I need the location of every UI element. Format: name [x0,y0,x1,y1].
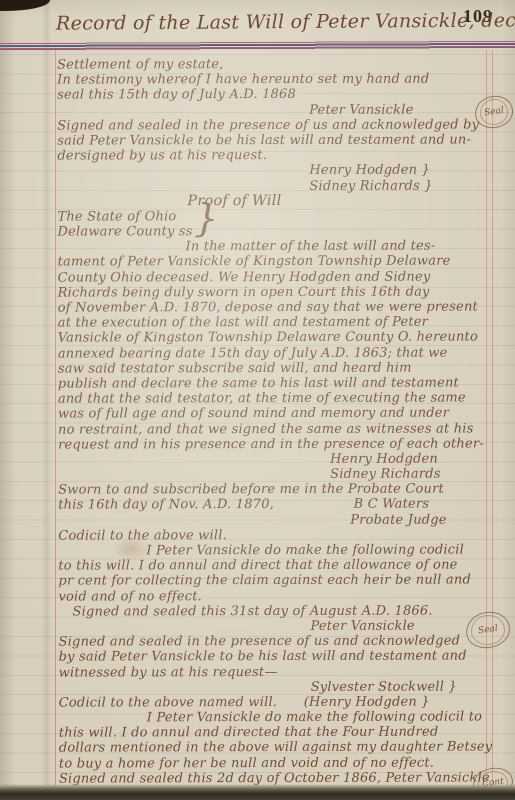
ledger-page: 109 Record of the Last Will of Peter Van… [0,0,515,800]
paper-crease [42,0,51,786]
text-line-part: Henry Hodgden } [309,163,430,178]
text-line-part: void and of no effect. [58,589,202,604]
text-line: was of full age and of sound mind and me… [58,406,495,422]
text-line-part: Henry Hodgden [330,451,438,466]
text-line: Richards being duly sworn in open Court … [58,284,495,300]
text-line-part: Sidney Richards } [309,178,432,193]
text-line-part: was of full age and of sound mind and me… [58,406,449,422]
text-line: request and in his presence and in the p… [58,436,495,452]
text-line-part: dollars mentioned in the above will agai… [59,740,492,756]
text-line-part: of November A.D. 1870, depose and say th… [58,299,478,315]
text-line-part: this will. I do annul and directed that … [59,725,439,741]
text-line: In the matter of the last will and tes- [58,239,495,255]
text-line-part: County Ohio deceased. We Henry Hodgden a… [58,269,431,285]
header-title: Record of the Last Will of Peter Vansick… [56,9,515,34]
text-line-part: this 16th day of Nov. A.D. 1870, [58,497,274,513]
text-line: saw said testator subscribe said will, a… [58,360,495,376]
text-line: Proof of Will [57,193,494,209]
text-line: this 16th day of Nov. A.D. 1870,B C Wate… [58,497,495,513]
text-line-part: Richards being duly sworn in open Court … [58,284,430,300]
text-line-part: annexed bearing date 15th day of July A.… [58,345,448,361]
text-line-part: no restraint, and that we signed the sam… [58,421,474,437]
text-line-part: Peter Vansickle [309,102,413,117]
text-line: of November A.D. 1870, depose and say th… [58,299,495,315]
text-line-part: I Peter Vansickle do make the following … [147,710,482,726]
text-line-part: In the matter of the last will and tes- [186,239,436,255]
document-lines: Settlement of my estate,In testimony whe… [57,56,496,786]
left-margin-line [55,50,56,786]
text-line-part: and that the said testator, at the time … [58,391,466,407]
text-line: dollars mentioned in the above will agai… [59,740,496,756]
seal-label: Seal [478,624,499,637]
text-line: at the execution of the last will and te… [58,315,495,331]
text-line-part: dersigned by us at his request. [57,148,267,164]
text-line-part: Sidney Richards [330,467,441,482]
text-line: Codicil to the above will. [58,527,495,543]
text-line-part: Delaware County ss [57,224,192,239]
text-line: In testimony whereof I have hereunto set… [57,72,494,88]
text-line: annexed bearing date 15th day of July A.… [58,345,495,361]
seal-label: Seal [484,106,505,119]
text-line: said Peter Vansickle to be his last will… [57,132,494,148]
text-line: this will. I do annul and directed that … [59,725,496,741]
text-line-part: Signed and sealed this 31st day of Augus… [72,603,432,619]
text-line: and that the said testator, at the time … [58,391,495,407]
text-line: Signed and sealed in the presence of us … [59,634,496,650]
text-line-part: (Henry Hodgden } [304,694,430,710]
text-line: Vansickle of Kingston Township Delaware … [58,330,495,346]
text-line-part: Codicil to the above named will. [59,695,277,711]
text-line: Henry Hodgden [58,451,495,467]
text-line: by said Peter Vansickle to be his last w… [59,649,496,665]
text-line: void and of no effect. [58,588,495,604]
text-line-part: seal this 15th day of July A.D. 1868 [57,87,296,103]
text-line-part: In testimony whereof I have hereunto set… [57,72,429,88]
text-line: Peter Vansickle [59,618,496,634]
text-line-part: witnessed by us at his request— [59,664,278,680]
text-line-part: at the execution of the last will and te… [58,315,428,331]
text-line-part: Vansickle of Kingston Township Delaware … [58,330,478,346]
text-line: Settlement of my estate, [57,56,494,72]
text-line: to buy a home for her be null and void a… [59,755,496,771]
text-line: to this will. I do annul and direct that… [58,558,495,574]
book-bottom-edge [0,784,515,800]
text-line-part: tament of Peter Vansickle of Kingston To… [58,254,451,270]
state-brace: } [194,199,218,237]
text-line-part: Signed and sealed in the presence of us … [59,634,461,650]
text-line-part: request and in his presence and in the p… [58,436,484,452]
text-line-part: publish and declare the same to his last… [58,375,459,391]
text-line-part: Probate Judge [350,512,446,527]
text-line-part: to buy a home for her be null and void a… [59,755,434,771]
text-line: publish and declare the same to his last… [58,375,495,391]
text-line: Sidney Richards [58,466,495,482]
text-line-part: by said Peter Vansickle to be his last w… [59,649,467,665]
text-line: Probate Judge [58,512,495,528]
text-line-part: I Peter Vansickle do make the following … [146,543,464,559]
text-line: County Ohio deceased. We Henry Hodgden a… [58,269,495,285]
text-line-part: Settlement of my estate, [57,57,223,72]
text-line: no restraint, and that we signed the sam… [58,421,495,437]
text-line-part: Peter Vansickle [311,619,415,634]
text-line: seal this 15th day of July A.D. 1868 [57,87,494,103]
text-line: I Peter Vansickle do make the following … [58,542,495,558]
text-line-part: Signed and sealed in the presence of us … [57,117,479,133]
text-line: Henry Hodgden } [57,163,494,179]
text-line: Signed and sealed in the presence of us … [57,117,494,133]
text-line-part: to this will. I do annul and direct that… [58,558,457,574]
text-line-part: saw said testator subscribe said will, a… [58,360,412,376]
text-line: witnessed by us at his request— [59,664,496,680]
text-line: Sylvester Stockwell } [59,679,496,695]
text-line: Signed and sealed this 31st day of Augus… [58,603,495,619]
text-line: pr cent for collecting the claim against… [58,573,495,589]
text-line: dersigned by us at his request. [57,148,494,164]
text-line-part: The State of Ohio [57,209,176,224]
text-line: tament of Peter Vansickle of Kingston To… [58,254,495,270]
text-line: Delaware County ss [57,223,494,239]
text-line: Codicil to the above named will.(Henry H… [59,694,496,710]
text-line: Sworn to and subscribed before me in the… [58,482,495,498]
text-line-part: said Peter Vansickle to be his last will… [57,132,471,148]
header-rule [0,40,515,51]
text-line-part: pr cent for collecting the claim against… [58,573,471,589]
text-line-part: Sworn to and subscribed before me in the… [58,482,444,498]
text-line: Peter Vansickle [57,102,494,118]
text-line-part: Codicil to the above will. [58,528,227,543]
text-line-part: Sylvester Stockwell } [311,679,457,694]
text-line-part: B C Waters [354,497,430,512]
text-line: I Peter Vansickle do make the following … [59,709,496,725]
text-line: The State of Ohio [57,208,494,224]
